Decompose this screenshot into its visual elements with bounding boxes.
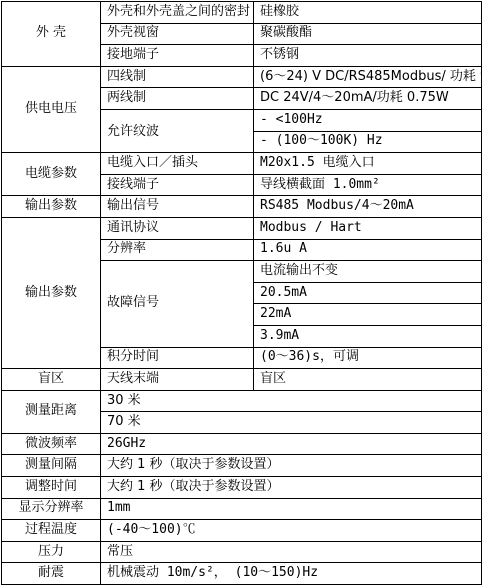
value-cell: 机械震动 10m/s²， (10～150)Hz — [101, 563, 482, 585]
value-cell: 大约 1 秒（取决于参数设置） — [101, 477, 482, 499]
value-cell: - (100～100K) Hz — [254, 131, 482, 153]
value-cell: Modbus / Hart — [254, 217, 482, 239]
item-cell: 允许纹波 — [101, 109, 254, 152]
category-cell: 测量间隔 — [2, 455, 101, 477]
value-cell: 导线横截面 1.0mm² — [254, 174, 482, 196]
value-cell: 大约 1 秒（取决于参数设置） — [101, 455, 482, 477]
value-cell: M20x1.5 电缆入口 — [254, 153, 482, 175]
table-row: 耐震 机械震动 10m/s²， (10～150)Hz — [2, 563, 482, 585]
item-cell: 接线端子 — [101, 174, 254, 196]
value-cell: 70 米 — [101, 412, 482, 434]
category-cell: 调整时间 — [2, 477, 101, 499]
value-cell: (6～24) V DC/RS485Modbus/ 功耗 90mW — [254, 66, 482, 88]
table-row: 盲区 天线末端 盲区 — [2, 369, 482, 391]
table-row: 输出参数 输出信号 RS485 Modbus/4～20mA — [2, 196, 482, 218]
table-row: 微波频率 26GHz — [2, 433, 482, 455]
category-cell: 输出参数 — [2, 217, 101, 368]
category-cell: 微波频率 — [2, 433, 101, 455]
table-row: 外 壳 外壳和外壳盖之间的密封 硅橡胶 — [2, 2, 482, 24]
item-cell: 接地端子 — [101, 45, 254, 67]
value-cell: (0～36)s，可调 — [254, 347, 482, 369]
table-row: 测量距离 30 米 — [2, 390, 482, 412]
item-cell: 故障信号 — [101, 261, 254, 347]
value-cell: 30 米 — [101, 390, 482, 412]
value-cell: 电流输出不变 — [254, 261, 482, 283]
item-cell: 外壳视窗 — [101, 23, 254, 45]
category-cell: 显示分辨率 — [2, 498, 101, 520]
table-row: 输出参数 通讯协议 Modbus / Hart — [2, 217, 482, 239]
category-cell: 压力 — [2, 541, 101, 563]
value-cell: 22mA — [254, 304, 482, 326]
item-cell: 电缆入口／插头 — [101, 153, 254, 175]
item-cell: 天线末端 — [101, 369, 254, 391]
value-cell: 常压 — [101, 541, 482, 563]
value-cell: 1mm — [101, 498, 482, 520]
table-row: 过程温度 (-40～100)℃ — [2, 520, 482, 542]
value-cell: DC 24V/4～20mA/功耗 0.75W — [254, 88, 482, 110]
item-cell: 输出信号 — [101, 196, 254, 218]
value-cell: 1.6u A — [254, 239, 482, 261]
category-cell: 耐震 — [2, 563, 101, 585]
value-cell: 聚碳酸酯 — [254, 23, 482, 45]
category-cell: 测量距离 — [2, 390, 101, 433]
table-row: 供电电压 四线制 (6～24) V DC/RS485Modbus/ 功耗 90m… — [2, 66, 482, 88]
category-cell: 盲区 — [2, 369, 101, 391]
table-row: 显示分辨率 1mm — [2, 498, 482, 520]
item-cell: 外壳和外壳盖之间的密封 — [101, 2, 254, 24]
item-cell: 四线制 — [101, 66, 254, 88]
item-cell: 通讯协议 — [101, 217, 254, 239]
category-cell: 电缆参数 — [2, 153, 101, 196]
value-cell: 20.5mA — [254, 282, 482, 304]
value-cell: - <100Hz — [254, 109, 482, 131]
item-cell: 积分时间 — [101, 347, 254, 369]
value-cell: RS485 Modbus/4～20mA — [254, 196, 482, 218]
category-cell: 输出参数 — [2, 196, 101, 218]
spec-table: 外 壳 外壳和外壳盖之间的密封 硅橡胶 外壳视窗 聚碳酸酯 接地端子 不锈钢 供… — [1, 1, 482, 585]
table-row: 电缆参数 电缆入口／插头 M20x1.5 电缆入口 — [2, 153, 482, 175]
value-cell: 不锈钢 — [254, 45, 482, 67]
category-cell: 外 壳 — [2, 2, 101, 67]
category-cell: 过程温度 — [2, 520, 101, 542]
value-cell: 26GHz — [101, 433, 482, 455]
value-cell: 盲区 — [254, 369, 482, 391]
category-cell: 供电电压 — [2, 66, 101, 152]
table-row: 压力 常压 — [2, 541, 482, 563]
table-row: 测量间隔 大约 1 秒（取决于参数设置） — [2, 455, 482, 477]
value-cell: (-40～100)℃ — [101, 520, 482, 542]
item-cell: 分辨率 — [101, 239, 254, 261]
value-cell: 3.9mA — [254, 325, 482, 347]
table-row: 调整时间 大约 1 秒（取决于参数设置） — [2, 477, 482, 499]
item-cell: 两线制 — [101, 88, 254, 110]
value-cell: 硅橡胶 — [254, 2, 482, 24]
